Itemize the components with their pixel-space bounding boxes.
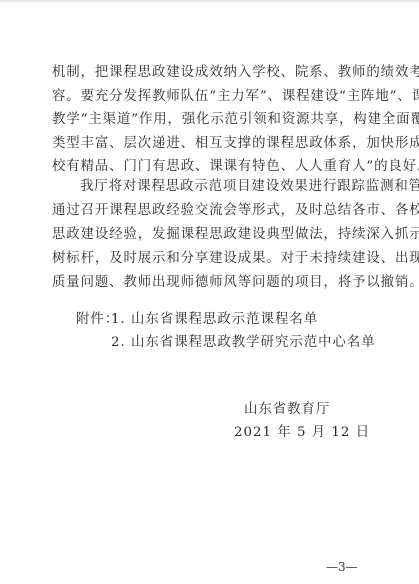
issue-date: 2021 年 5 月 12 日 [234,424,370,442]
document-page: 机制，把课程思政建设成效纳入学校、院系、教师的绩效考评内 容。要充分发挥教师队伍… [0,0,419,584]
text-line: 我厅将对课程思政示范项目建设效果进行跟踪监测和管理。 [80,178,368,196]
text-line: 校有精品、门门有思政、课课有特色、人人重育人”的良好局面。 [52,158,368,176]
text-line: 类型丰富、层次递进、相互支撑的课程思政体系，加快形成“校 [52,135,368,153]
text-line: 容。要充分发挥教师队伍“主力军”、课程建设“主阵地”、课堂 [52,88,368,106]
text-line: 质量问题、教师出现师德师风等问题的项目，将予以撤销。 [52,274,368,292]
text-line: 通过召开课程思政经验交流会等形式，及时总结各市、各校课程 [52,202,368,220]
attachment-item: 1. 山东省课程思政示范课程名单 [111,311,318,329]
text-line: 机制，把课程思政建设成效纳入学校、院系、教师的绩效考评内 [52,64,368,82]
text-line: 思政建设经验，发掘课程思政建设典型做法，持续深入抓示范、 [52,226,368,244]
page-number: —3— [326,559,358,575]
issuer-name: 山东省教育厅 [244,401,330,419]
page-top-edge [0,0,419,4]
text-line: 教学“主渠道”作用，强化示范引领和资源共享，构建全面覆盖、 [52,111,368,129]
attachment-item: 2. 山东省课程思政教学研究示范中心名单 [111,334,376,352]
text-line: 树标杆，及时展示和分享建设成果。对于未持续建设、出现严重 [52,250,368,268]
